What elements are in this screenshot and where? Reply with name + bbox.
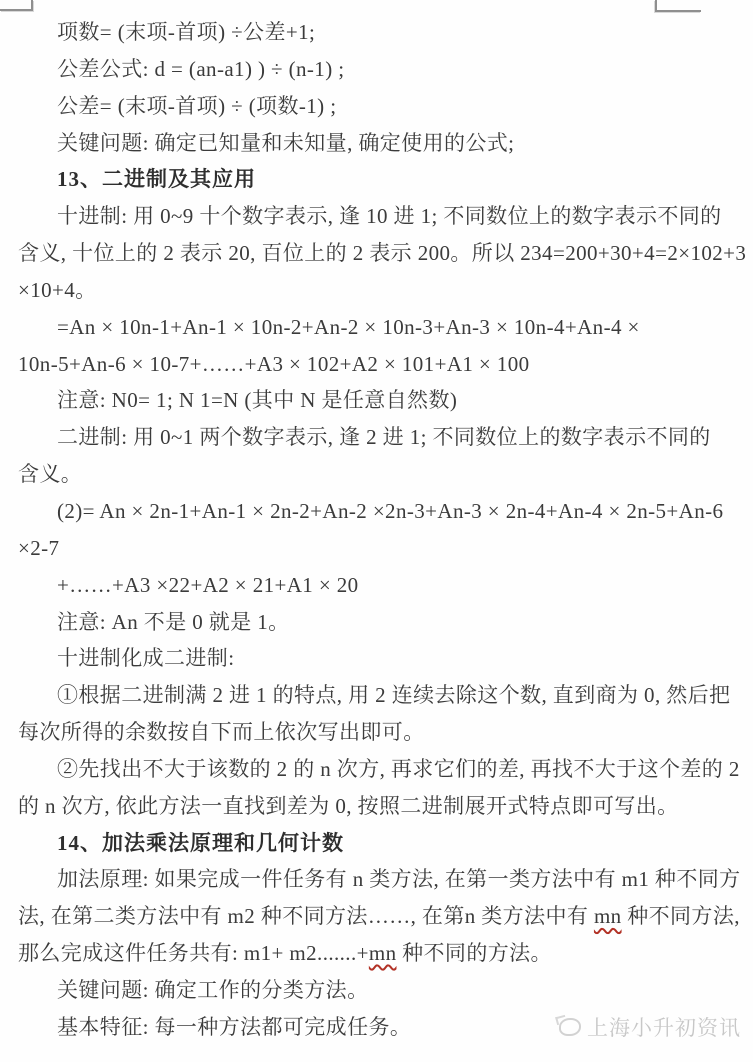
text-line: 那么完成这件任务共有: m1+ m2.......+mn 种不同的方法。 xyxy=(18,935,739,972)
document-page: 项数= (末项-首项) ÷公差+1;公差公式: d = (an-a1) ) ÷ … xyxy=(0,0,753,1062)
text-segment: ×2-7 xyxy=(18,536,59,560)
text-segment: 二进制: 用 0~1 两个数字表示, 逢 2 进 1; 不同数位上的数字表示不同… xyxy=(57,425,711,449)
text-line: 法, 在第二类方法中有 m2 种不同方法……, 在第n 类方法中有 mn 种不同… xyxy=(18,898,739,935)
text-segment: 关键问题: 确定已知量和未知量, 确定使用的公式; xyxy=(57,131,514,155)
watermark-logo-icon xyxy=(559,1018,581,1036)
text-line: ①根据二进制满 2 进 1 的特点, 用 2 连续去除这个数, 直到商为 0, … xyxy=(18,677,739,714)
text-segment: 含义, 十位上的 2 表示 20, 百位上的 2 表示 200。所以 234=2… xyxy=(18,241,746,265)
text-segment: 那么完成这件任务共有: m1+ m2.......+ xyxy=(18,941,369,965)
text-segment: ×10+4。 xyxy=(18,278,97,302)
text-line: +……+A3 ×22+A2 × 21+A1 × 20 xyxy=(18,567,739,604)
text-segment: 含义。 xyxy=(18,462,82,486)
text-segment: (2)= An × 2n-1+An-1 × 2n-2+An-2 ×2n-3+An… xyxy=(57,499,723,523)
text-line: 公差= (末项-首项) ÷ (项数-1) ; xyxy=(18,88,739,125)
text-line: 10n-5+An-6 × 10-7+……+A3 × 102+A2 × 101+A… xyxy=(18,346,739,383)
text-line: 每次所得的余数按自下而上依次写出即可。 xyxy=(18,714,739,751)
text-segment: 公差= (末项-首项) ÷ (项数-1) ; xyxy=(57,94,336,118)
watermark-text: 上海小升初资讯 xyxy=(587,1012,741,1042)
text-segment: 法, 在第二类方法中有 m2 种不同方法……, 在第n 类方法中有 xyxy=(18,904,594,928)
text-segment: 10n-5+An-6 × 10-7+……+A3 × 102+A2 × 101+A… xyxy=(18,352,530,376)
text-line: 关键问题: 确定工作的分类方法。 xyxy=(18,972,739,1009)
text-line: (2)= An × 2n-1+An-1 × 2n-2+An-2 ×2n-3+An… xyxy=(18,493,739,530)
text-line: 项数= (末项-首项) ÷公差+1; xyxy=(18,14,739,51)
text-line: ②先找出不大于该数的 2 的 n 次方, 再求它们的差, 再找不大于这个差的 2 xyxy=(18,751,739,788)
section-heading: 14、加法乘法原理和几何计数 xyxy=(18,825,739,862)
text-line: 公差公式: d = (an-a1) ) ÷ (n-1) ; xyxy=(18,51,739,88)
text-segment: 种不同的方法。 xyxy=(396,941,551,965)
text-segment: 项数= (末项-首项) ÷公差+1; xyxy=(57,20,315,44)
text-line: 十进制化成二进制: xyxy=(18,640,739,677)
section-heading: 13、二进制及其应用 xyxy=(18,161,739,198)
text-segment: 关键问题: 确定工作的分类方法。 xyxy=(57,978,368,1002)
text-segment: =An × 10n-1+An-1 × 10n-2+An-2 × 10n-3+An… xyxy=(57,315,640,339)
text-segment: 13、二进制及其应用 xyxy=(57,167,256,191)
text-line: 加法原理: 如果完成一件任务有 n 类方法, 在第一类方法中有 m1 种不同方 xyxy=(18,861,739,898)
text-segment: 十进制化成二进制: xyxy=(57,646,234,670)
text-segment: 公差公式: d = (an-a1) ) ÷ (n-1) ; xyxy=(57,57,344,81)
spellcheck-underlined-text: mn xyxy=(594,904,622,928)
text-segment: 十进制: 用 0~9 十个数字表示, 逢 10 进 1; 不同数位上的数字表示不… xyxy=(57,204,722,228)
text-line: 的 n 次方, 依此方法一直找到差为 0, 按照二进制展开式特点即可写出。 xyxy=(18,788,739,825)
text-line: 注意: N0= 1; N 1=N (其中 N 是任意自然数) xyxy=(18,382,739,419)
watermark: 上海小升初资讯 xyxy=(559,1012,741,1042)
text-segment: ②先找出不大于该数的 2 的 n 次方, 再求它们的差, 再找不大于这个差的 2 xyxy=(57,757,740,781)
text-segment: 14、加法乘法原理和几何计数 xyxy=(57,831,344,855)
text-line: 含义, 十位上的 2 表示 20, 百位上的 2 表示 200。所以 234=2… xyxy=(18,235,739,272)
spellcheck-underlined-text: mn xyxy=(369,941,397,965)
text-line: 注意: An 不是 0 就是 1。 xyxy=(18,604,739,641)
text-line: 二进制: 用 0~1 两个数字表示, 逢 2 进 1; 不同数位上的数字表示不同… xyxy=(18,419,739,456)
document-lines: 项数= (末项-首项) ÷公差+1;公差公式: d = (an-a1) ) ÷ … xyxy=(0,0,753,1062)
text-segment: 加法原理: 如果完成一件任务有 n 类方法, 在第一类方法中有 m1 种不同方 xyxy=(57,867,741,891)
text-line: ×2-7 xyxy=(18,530,739,567)
text-segment: 基本特征: 每一种方法都可完成任务。 xyxy=(57,1015,411,1039)
text-segment: ①根据二进制满 2 进 1 的特点, 用 2 连续去除这个数, 直到商为 0, … xyxy=(57,683,730,707)
text-segment: 注意: An 不是 0 就是 1。 xyxy=(57,610,290,634)
text-line: 十进制: 用 0~9 十个数字表示, 逢 10 进 1; 不同数位上的数字表示不… xyxy=(18,198,739,235)
text-line: =An × 10n-1+An-1 × 10n-2+An-2 × 10n-3+An… xyxy=(18,309,739,346)
text-segment: 的 n 次方, 依此方法一直找到差为 0, 按照二进制展开式特点即可写出。 xyxy=(18,794,679,818)
text-line: 关键问题: 确定已知量和未知量, 确定使用的公式; xyxy=(18,125,739,162)
text-segment: 种不同方法, xyxy=(622,904,740,928)
text-line: 含义。 xyxy=(18,456,739,493)
text-segment: 每次所得的余数按自下而上依次写出即可。 xyxy=(18,720,425,744)
text-segment: +……+A3 ×22+A2 × 21+A1 × 20 xyxy=(57,573,359,597)
text-segment: 注意: N0= 1; N 1=N (其中 N 是任意自然数) xyxy=(57,388,457,412)
text-line: ×10+4。 xyxy=(18,272,739,309)
